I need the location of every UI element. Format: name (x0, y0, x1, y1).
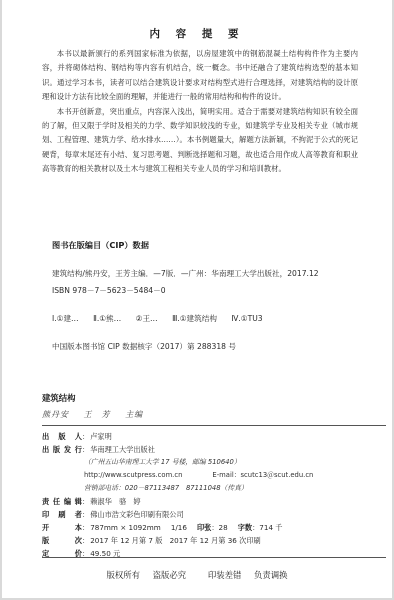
synopsis-body: 本书以最新颁行的系列国家标准为依据，以房屋建筑中的钢筋混凝土结构构件作为主要内容… (42, 47, 358, 177)
imprint-row-editors: 责任编辑：赖淑华 骆 婷 (42, 495, 141, 508)
imprint-label: 出 版 人 (42, 430, 82, 443)
publisher-address: （广州五山华南理工大学 17 号楼，邮编 510640） (84, 456, 241, 469)
copyright-slogan: 版权所有 盗版必究 印装差错 负责调换 (2, 569, 392, 581)
words-label: 字数 (238, 523, 252, 532)
cip-verification: 中国版本图书馆 CIP 数据核字（2017）第 288318 号 (52, 341, 236, 352)
cip-class-item: Ⅳ.①TU3 (231, 314, 262, 323)
author-role: 主编 (125, 410, 143, 419)
publisher-email: E-mail：scutc13＠scut.edu.cn (212, 471, 313, 479)
publisher-phone: 营销部电话：020－87113487 87111048（传真） (84, 482, 248, 495)
copyright-page: 内 容 提 要 本书以最新颁行的系列国家标准为依据，以房屋建筑中的钢筋混凝土结构… (0, 0, 394, 600)
publisher-contact-line: http://www.scutpress.com.cnE-mail：scutc1… (84, 469, 313, 482)
imprint-label: 出版发行 (42, 443, 82, 456)
imprint-label: 印 刷 者 (42, 508, 82, 521)
author-name: 熊丹安 (42, 410, 69, 419)
book-title: 建筑结构 (42, 392, 76, 404)
cip-class-item: Ⅰ.①建… (52, 314, 79, 323)
cip-class-item: Ⅲ.①建筑结构 (172, 314, 217, 323)
imprint-value: 赖淑华 骆 婷 (90, 497, 140, 506)
divider-top (42, 425, 386, 426)
synopsis-paragraph: 本书开创新意，突出重点，内容深入浅出，简明实用。适合于需要对建筑结构知识有较全面… (42, 105, 358, 177)
sheets-label: 印张 (197, 523, 211, 532)
cip-class-item: ②王… (136, 314, 158, 323)
imprint-row-publisher: 出 版 人：卢家明 (42, 430, 112, 443)
imprint-row-price: 定 价：49.50 元 (42, 547, 120, 560)
imprint-row-format: 开 本：787mm × 1092mm1/16印张：28字数：714 千 (42, 521, 283, 534)
author-name: 王 芳 (84, 410, 111, 419)
cip-heading: 图书在版编目（CIP）数据 (52, 240, 149, 251)
format-size: 787mm × 1092mm (90, 523, 161, 532)
publisher-website: http://www.scutpress.com.cn (84, 471, 182, 479)
slogan-part: 负责调换 (254, 570, 288, 580)
cip-class-item: Ⅱ.①熊… (93, 314, 121, 323)
cip-isbn: ISBN 978－7－5623－5484－0 (52, 285, 166, 296)
imprint-row-edition: 版 次：2017 年 12 月第 7 版 2017 年 12 月第 36 次印刷 (42, 534, 261, 547)
synopsis-paragraph: 本书以最新颁行的系列国家标准为依据，以房屋建筑中的钢筋混凝土结构构件作为主要内容… (42, 47, 358, 105)
cip-classification: Ⅰ.①建… Ⅱ.①熊… ②王… Ⅲ.①建筑结构 Ⅳ.①TU3 (52, 313, 275, 324)
divider-bottom (42, 557, 386, 558)
imprint-label: 开 本 (42, 521, 82, 534)
imprint-label: 版 次 (42, 534, 82, 547)
words-value: 714 千 (259, 523, 282, 532)
imprint-value: 卢家明 (90, 432, 112, 441)
format-fraction: 1/16 (171, 523, 187, 532)
cip-bibliographic-line: 建筑结构/熊丹安，王芳主编．—7版．—广州：华南理工大学出版社，2017.12 (52, 268, 319, 279)
imprint-value: 佛山市浩文彩色印刷有限公司 (90, 510, 183, 519)
imprint-row-distribution: 出版发行：华南理工大学出版社 (42, 443, 155, 456)
slogan-part: 盗版必究 (153, 570, 187, 580)
imprint-label: 责任编辑 (42, 495, 82, 508)
synopsis-title: 内 容 提 要 (2, 26, 392, 41)
imprint-value: 华南理工大学出版社 (90, 445, 155, 454)
slogan-part: 印装差错 (208, 570, 242, 580)
sheets-value: 28 (219, 523, 228, 532)
slogan-part: 版权所有 (106, 570, 140, 580)
imprint-value: 2017 年 12 月第 7 版 2017 年 12 月第 36 次印刷 (90, 536, 261, 545)
imprint-row-printer: 印 刷 者：佛山市浩文彩色印刷有限公司 (42, 508, 184, 521)
imprint-label: 定 价 (42, 547, 82, 560)
book-authors: 熊丹安 王 芳 主编 (42, 409, 154, 420)
